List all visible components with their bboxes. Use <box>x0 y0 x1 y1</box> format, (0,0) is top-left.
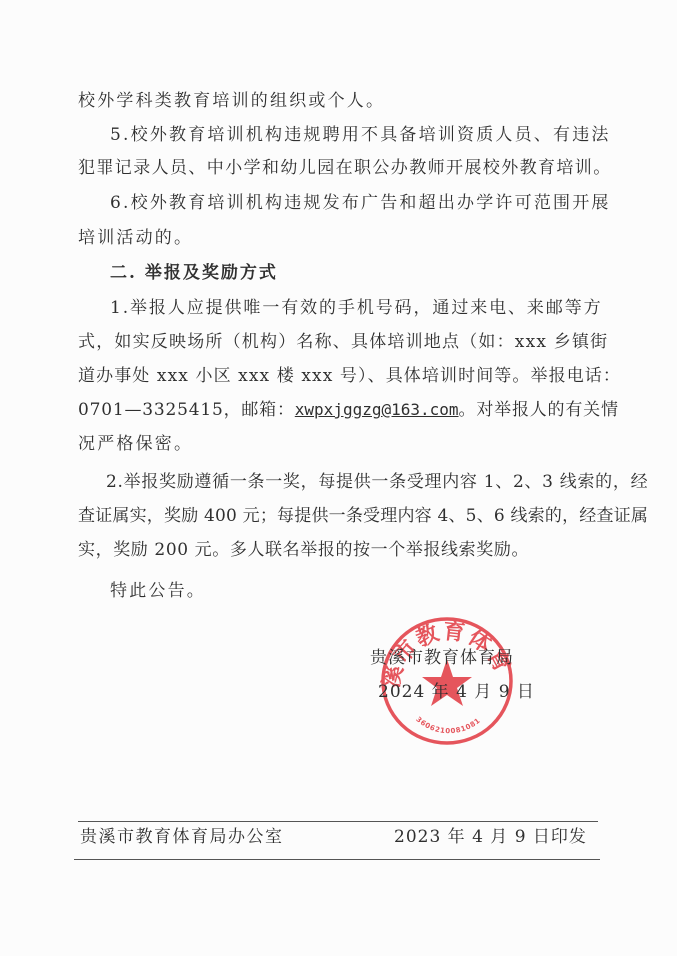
section2-item1-line-3: 道办事处 xxx 小区 xxx 楼 xxx 号）、具体培训时间等。举报电话： <box>78 365 598 387</box>
section2-item1-line-4: 0701—3325415，邮箱：xwpxjggzg@163.com。对举报人的有… <box>78 399 598 421</box>
footer-issuer: 贵溪市教育体育局办公室 <box>80 826 284 848</box>
email-link[interactable]: xwpxjggzg@163.com <box>295 400 459 419</box>
contact-text: 0701—3325415，邮箱： <box>78 400 295 420</box>
item-5-line-2: 犯罪记录人员、中小学和幼儿园在职公办教师开展校外教育培训。 <box>78 157 598 179</box>
item-6-line-2: 培训活动的。 <box>78 227 598 249</box>
item-6-line-1: 6.校外教育培训机构违规发布广告和超出办学许可范围开展 <box>110 192 598 214</box>
official-seal-stamp: 溪市教育体育局 3606210081081 <box>377 613 517 745</box>
section2-item2-line-2: 查证属实，奖励 400 元；每提供一条受理内容 4、5、6 线索的，经查证属 <box>78 505 598 527</box>
section2-item1-line-1: 1.举报人应提供唯一有效的手机号码，通过来电、来邮等方 <box>110 297 598 319</box>
svg-text:3606210081081: 3606210081081 <box>414 715 482 735</box>
item-5-line-1: 5.校外教育培训机构违规聘用不具备培训资质人员、有违法 <box>110 124 598 146</box>
confidentiality-text: 。对举报人的有关情 <box>459 400 619 420</box>
footer-print-date: 2023 年 4 月 9 日印发 <box>394 826 587 848</box>
footer-bottom-rule <box>74 859 600 860</box>
signature-date: 2024 年 4 月 9 日 <box>378 681 535 703</box>
section2-item2-line-1: 2.举报奖励遵循一条一奖，每提供一条受理内容 1、2、3 线索的，经 <box>106 471 594 493</box>
section2-item2-line-3: 实，奖励 200 元。多人联名举报的按一个举报线索奖励。 <box>78 539 598 561</box>
section2-item1-line-5: 况严格保密。 <box>78 433 598 455</box>
footer-top-rule <box>78 821 598 822</box>
paragraph-line: 校外学科类教育培训的组织或个人。 <box>78 90 598 112</box>
section-heading: 二. 举报及奖励方式 <box>110 262 598 284</box>
closing-text: 特此公告。 <box>110 580 598 602</box>
document-page: 校外学科类教育培训的组织或个人。 5.校外教育培训机构违规聘用不具备培训资质人员… <box>0 0 677 956</box>
section2-item1-line-2: 式，如实反映场所（机构）名称、具体培训地点（如：xxx 乡镇街 <box>78 331 598 353</box>
signature-org: 贵溪市教育体育局 <box>370 647 514 669</box>
